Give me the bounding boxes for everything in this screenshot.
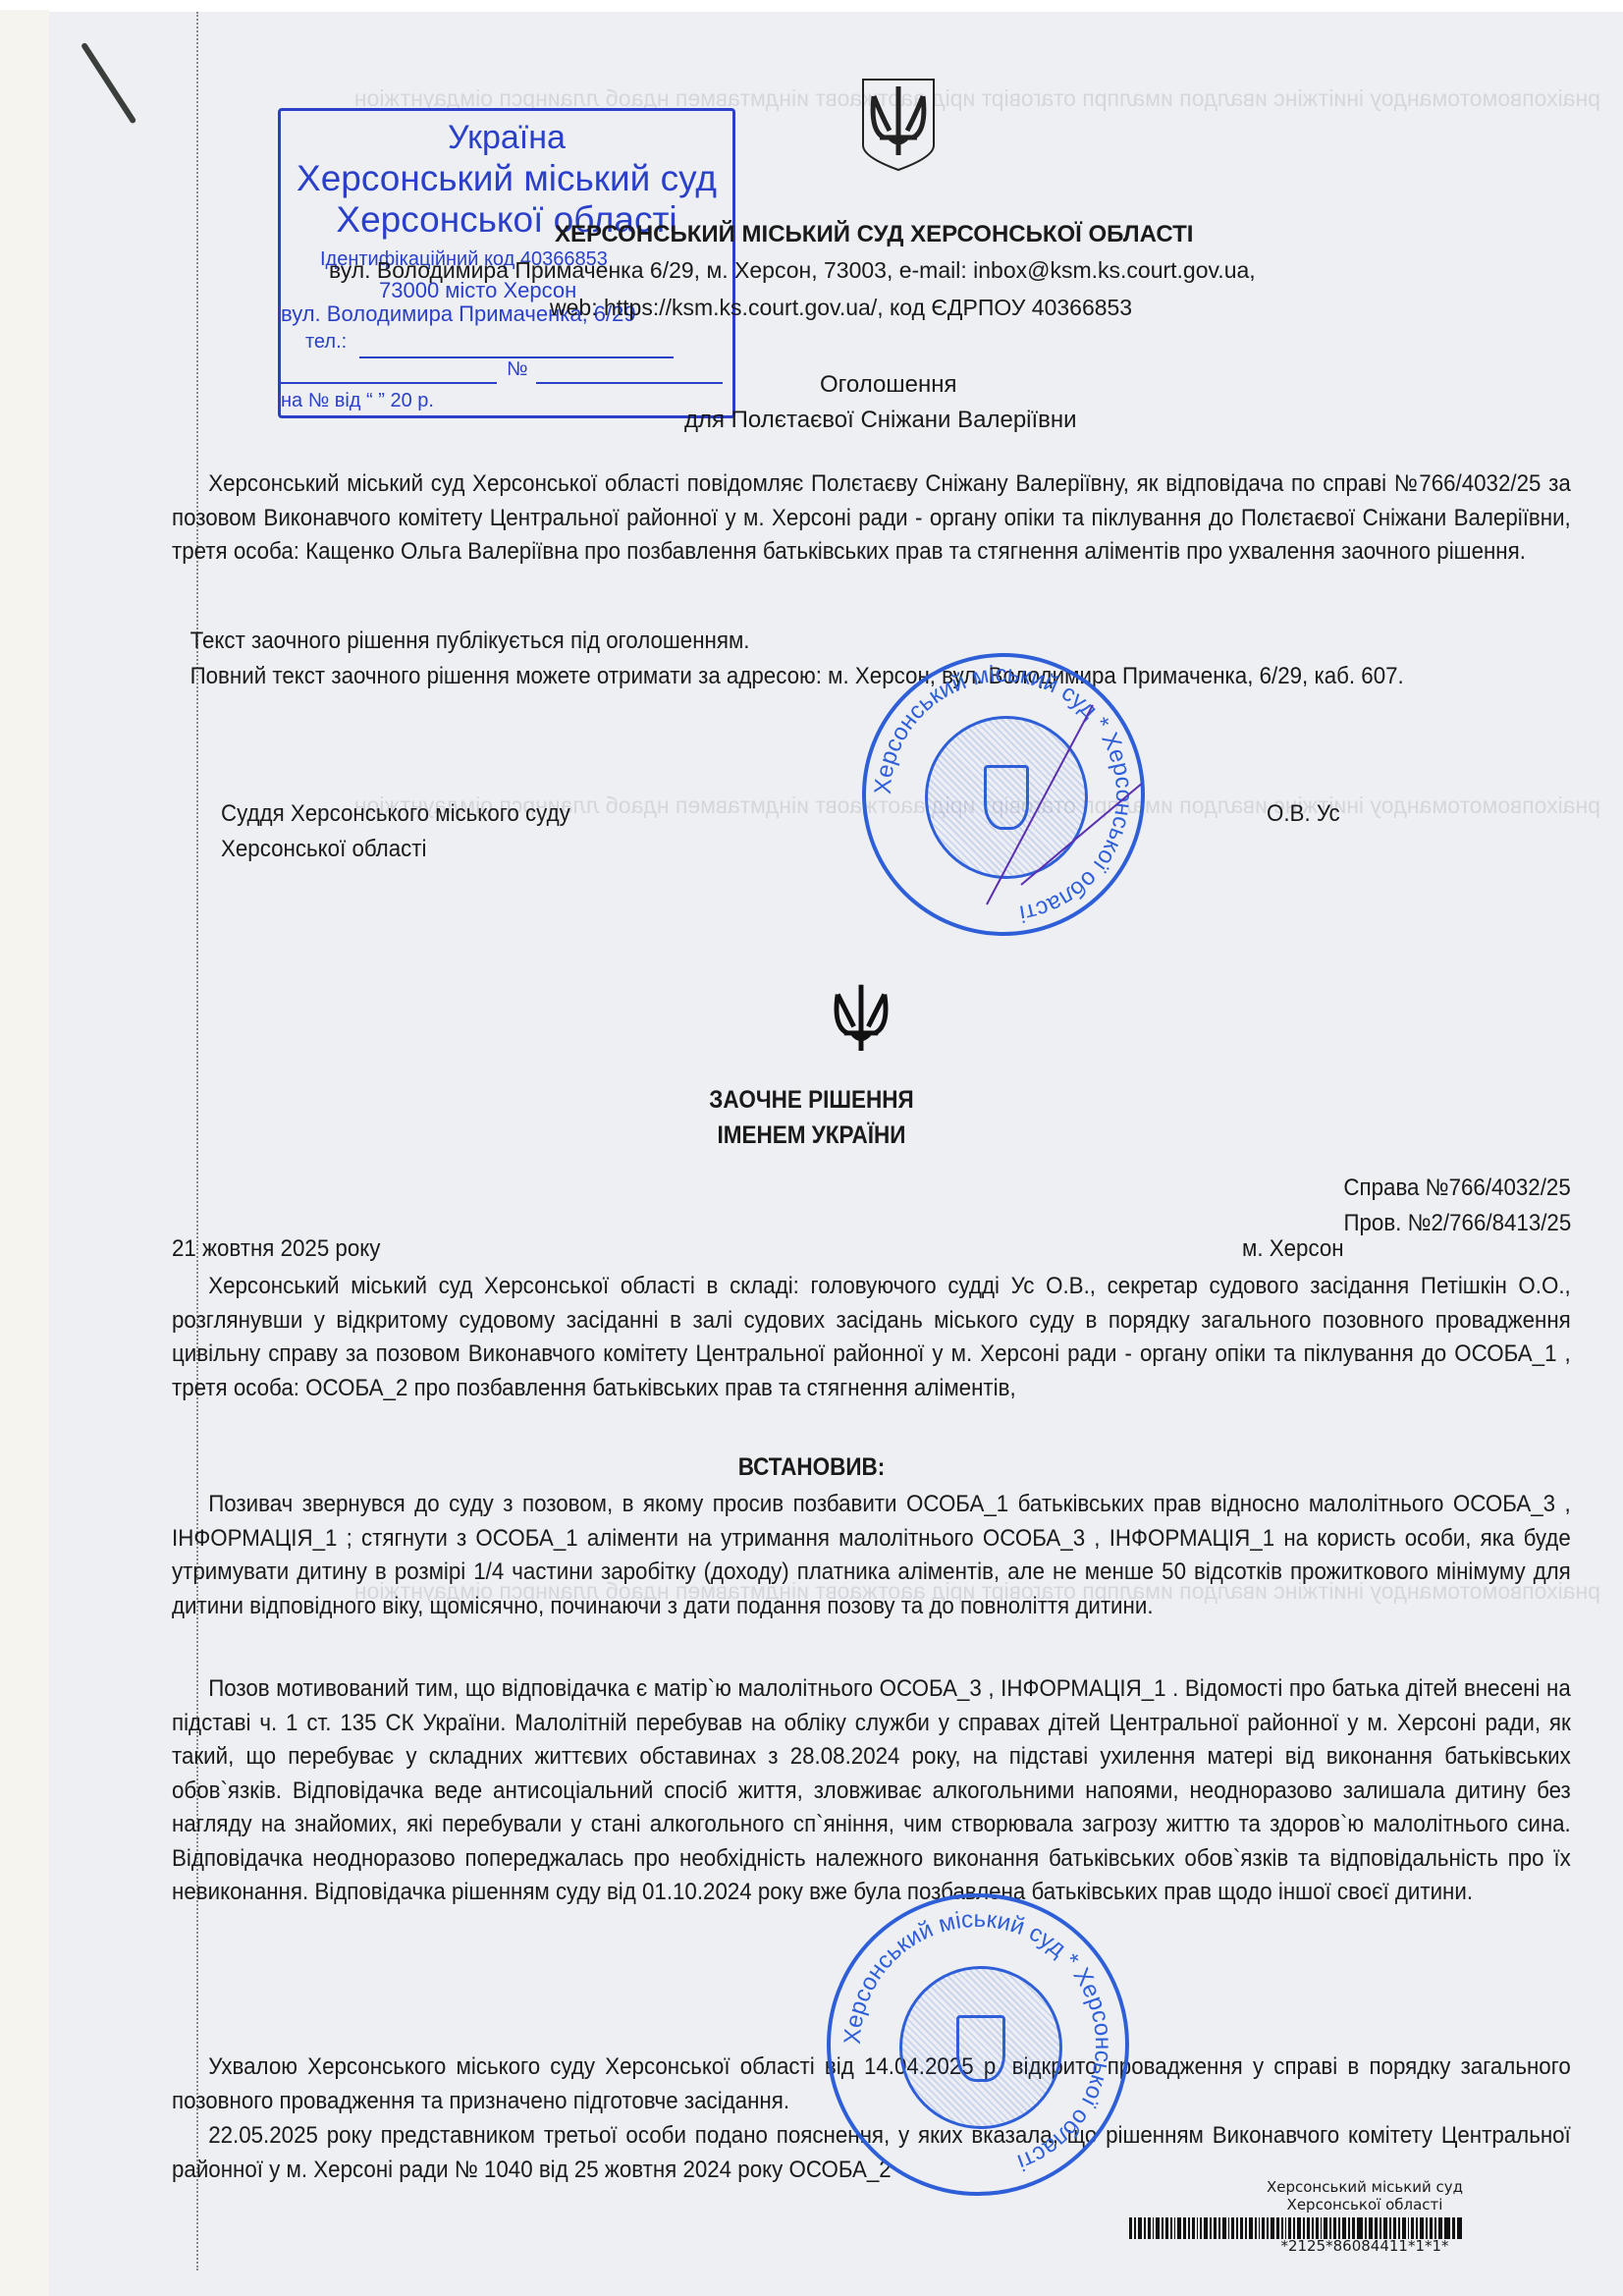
decision-paragraph-text: Позивач звернувся до суду з позовом, в я… [172, 1491, 1571, 1619]
announcement-text: Повний текст заочного рішення можете отр… [190, 663, 1404, 689]
barcode-number: *2125*86084411*1*1* [1129, 2237, 1600, 2255]
barcode-icon [1129, 2217, 1600, 2239]
decision-intro: Херсонський міський суд Херсонської обла… [172, 1270, 1571, 1405]
decision-city: м. Херсон [1242, 1235, 1344, 1263]
stamp-country: Україна [281, 119, 732, 157]
seal-text-ring: Херсонський міський суд * Херсонської об… [866, 657, 1141, 932]
court-seal: Херсонський міський суд * Херсонської об… [862, 653, 1145, 936]
court-seal: Херсонський міський суд * Херсонської об… [827, 1893, 1129, 2196]
case-number: Справа №766/4032/25 [1344, 1175, 1571, 1202]
announcement-title: Оголошення [820, 371, 956, 399]
announcement-recipient: для Полєтаєвої Сніжани Валеріївни [684, 407, 1077, 434]
stamp-court: Херсонський міський суд [271, 158, 742, 199]
judge-role-line1: Суддя Херсонського міського суду [221, 800, 570, 828]
judge-name: О.В. Ус [1267, 800, 1340, 828]
coat-of-arms-icon [830, 972, 893, 1066]
stamp-rule [536, 382, 723, 384]
announcement-text: Текст заочного рішення публікується під … [190, 628, 750, 654]
stamp-ref-line: на № від “ ” 20 р. [281, 390, 732, 412]
established-heading: ВСТАНОВИВ: [81, 1453, 1542, 1482]
barcode-court-line1: Херсонський міський суд [1129, 2178, 1600, 2196]
announcement-paragraph: Текст заочного рішення публікується під … [172, 625, 1571, 659]
decision-paragraph: Позов мотивований тим, що відповідачка є… [172, 1672, 1571, 1910]
barcode-court-line2: Херсонської області [1129, 2196, 1600, 2214]
stamp-number-label: № [507, 358, 527, 381]
court-address: вул. Володимира Примаченка 6/29, м. Херс… [329, 257, 1256, 284]
stamp-phone-label: тел.: [305, 331, 347, 354]
barcode-block: Херсонський міський суд Херсонської обла… [1129, 2178, 1600, 2255]
svg-text:Херсонський міський суд * Херс: Херсонський міський суд * Херсонської об… [870, 661, 1137, 927]
judge-role-line2: Херсонської області [221, 836, 426, 863]
decision-date: 21 жовтня 2025 року [172, 1235, 380, 1263]
scan-top-edge [0, 0, 1623, 12]
decision-paragraph: Позивач звернувся до суду з позовом, в я… [172, 1488, 1571, 1623]
decision-intro-text: Херсонський міський суд Херсонської обла… [172, 1273, 1571, 1401]
announcement-text: Херсонський міський суд Херсонської обла… [172, 470, 1571, 565]
court-web: web: https://ksm.ks.court.gov.ua/, код Є… [550, 295, 1132, 321]
stamp-rule [281, 382, 497, 384]
coat-of-arms-icon [860, 77, 937, 173]
court-title: ХЕРСОНСЬКИЙ МІСЬКИЙ СУД ХЕРСОНСЬКОЇ ОБЛА… [555, 221, 1193, 248]
decision-paragraph-text: Позов мотивований тим, що відповідачка є… [172, 1675, 1571, 1905]
seal-text-ring: Херсонський міський суд * Херсонської об… [831, 1897, 1125, 2192]
proceeding-number: Пров. №2/766/8413/25 [1343, 1210, 1571, 1237]
announcement-paragraph: Херсонський міський суд Херсонської обла… [172, 467, 1571, 570]
decision-title: ЗАОЧНЕ РІШЕННЯ [81, 1086, 1542, 1115]
svg-text:Херсонський міський суд * Херс: Херсонський міський суд * Херсонської об… [839, 1906, 1116, 2175]
scan-left-edge [0, 10, 49, 2296]
decision-subtitle: ІМЕНЕМ УКРАЇНИ [81, 1121, 1542, 1150]
